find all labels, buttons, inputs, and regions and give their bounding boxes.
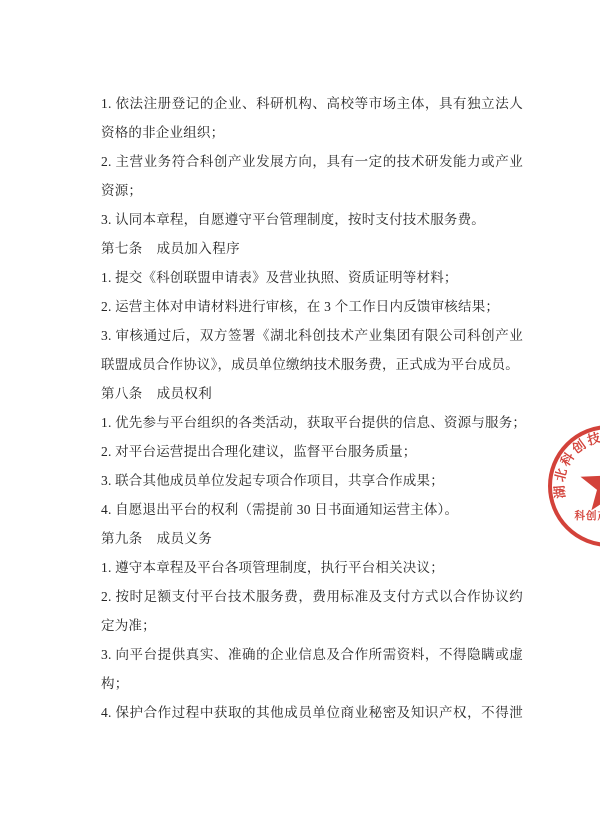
document-line: 3. 联合其他成员单位发起专项合作项目，共享合作成果； xyxy=(101,466,523,495)
document-line: 1. 提交《科创联盟申请表》及营业执照、资质证明等材料； xyxy=(101,263,523,292)
document-page: 1. 依法注册登记的企业、科研机构、高校等市场主体，具有独立法人资格的非企业组织… xyxy=(0,0,600,824)
document-line: 资格的非企业组织； xyxy=(101,118,523,147)
document-line: 联盟成员合作协议》，成员单位缴纳技术服务费，正式成为平台成员。 xyxy=(101,350,523,379)
document-line: 3. 认同本章程，自愿遵守平台管理制度，按时支付技术服务费。 xyxy=(101,205,523,234)
article-heading: 第九条 成员义务 xyxy=(101,524,523,553)
document-line: 1. 依法注册登记的企业、科研机构、高校等市场主体，具有独立法人 xyxy=(101,89,523,118)
seal-ring xyxy=(550,427,600,545)
document-content: 1. 依法注册登记的企业、科研机构、高校等市场主体，具有独立法人资格的非企业组织… xyxy=(101,89,523,727)
document-line: 2. 主营业务符合科创产业发展方向，具有一定的技术研发能力或产业 xyxy=(101,147,523,176)
document-line: 3. 向平台提供真实、准确的企业信息及合作所需资料，不得隐瞒或虚 xyxy=(101,640,523,669)
document-line: 资源； xyxy=(101,176,523,205)
document-line: 4. 保护合作过程中获取的其他成员单位商业秘密及知识产权，不得泄 xyxy=(101,698,523,727)
seal-ring-text: 湖北科创技术产业集团有限公司 xyxy=(552,429,600,543)
document-line: 1. 遵守本章程及平台各项管理制度，执行平台相关决议； xyxy=(101,553,523,582)
document-line: 2. 按时足额支付平台技术服务费，费用标准及支付方式以合作协议约 xyxy=(101,582,523,611)
document-line: 1. 优先参与平台组织的各类活动，获取平台提供的信息、资源与服务； xyxy=(101,408,523,437)
seal-inner-text: 科创产业联盟 xyxy=(574,509,600,522)
document-line: 定为准； xyxy=(101,611,523,640)
article-heading: 第八条 成员权利 xyxy=(101,379,523,408)
document-line: 3. 审核通过后，双方签署《湖北科创技术产业集团有限公司科创产业 xyxy=(101,321,523,350)
article-heading: 第七条 成员加入程序 xyxy=(101,234,523,263)
document-line: 2. 运营主体对申请材料进行审核，在 3 个工作日内反馈审核结果； xyxy=(101,292,523,321)
document-line: 4. 自愿退出平台的权利（需提前 30 日书面通知运营主体）。 xyxy=(101,495,523,524)
seal-star-icon xyxy=(581,456,600,510)
document-line: 构； xyxy=(101,669,523,698)
document-line: 2. 对平台运营提出合理化建议，监督平台服务质量； xyxy=(101,437,523,466)
